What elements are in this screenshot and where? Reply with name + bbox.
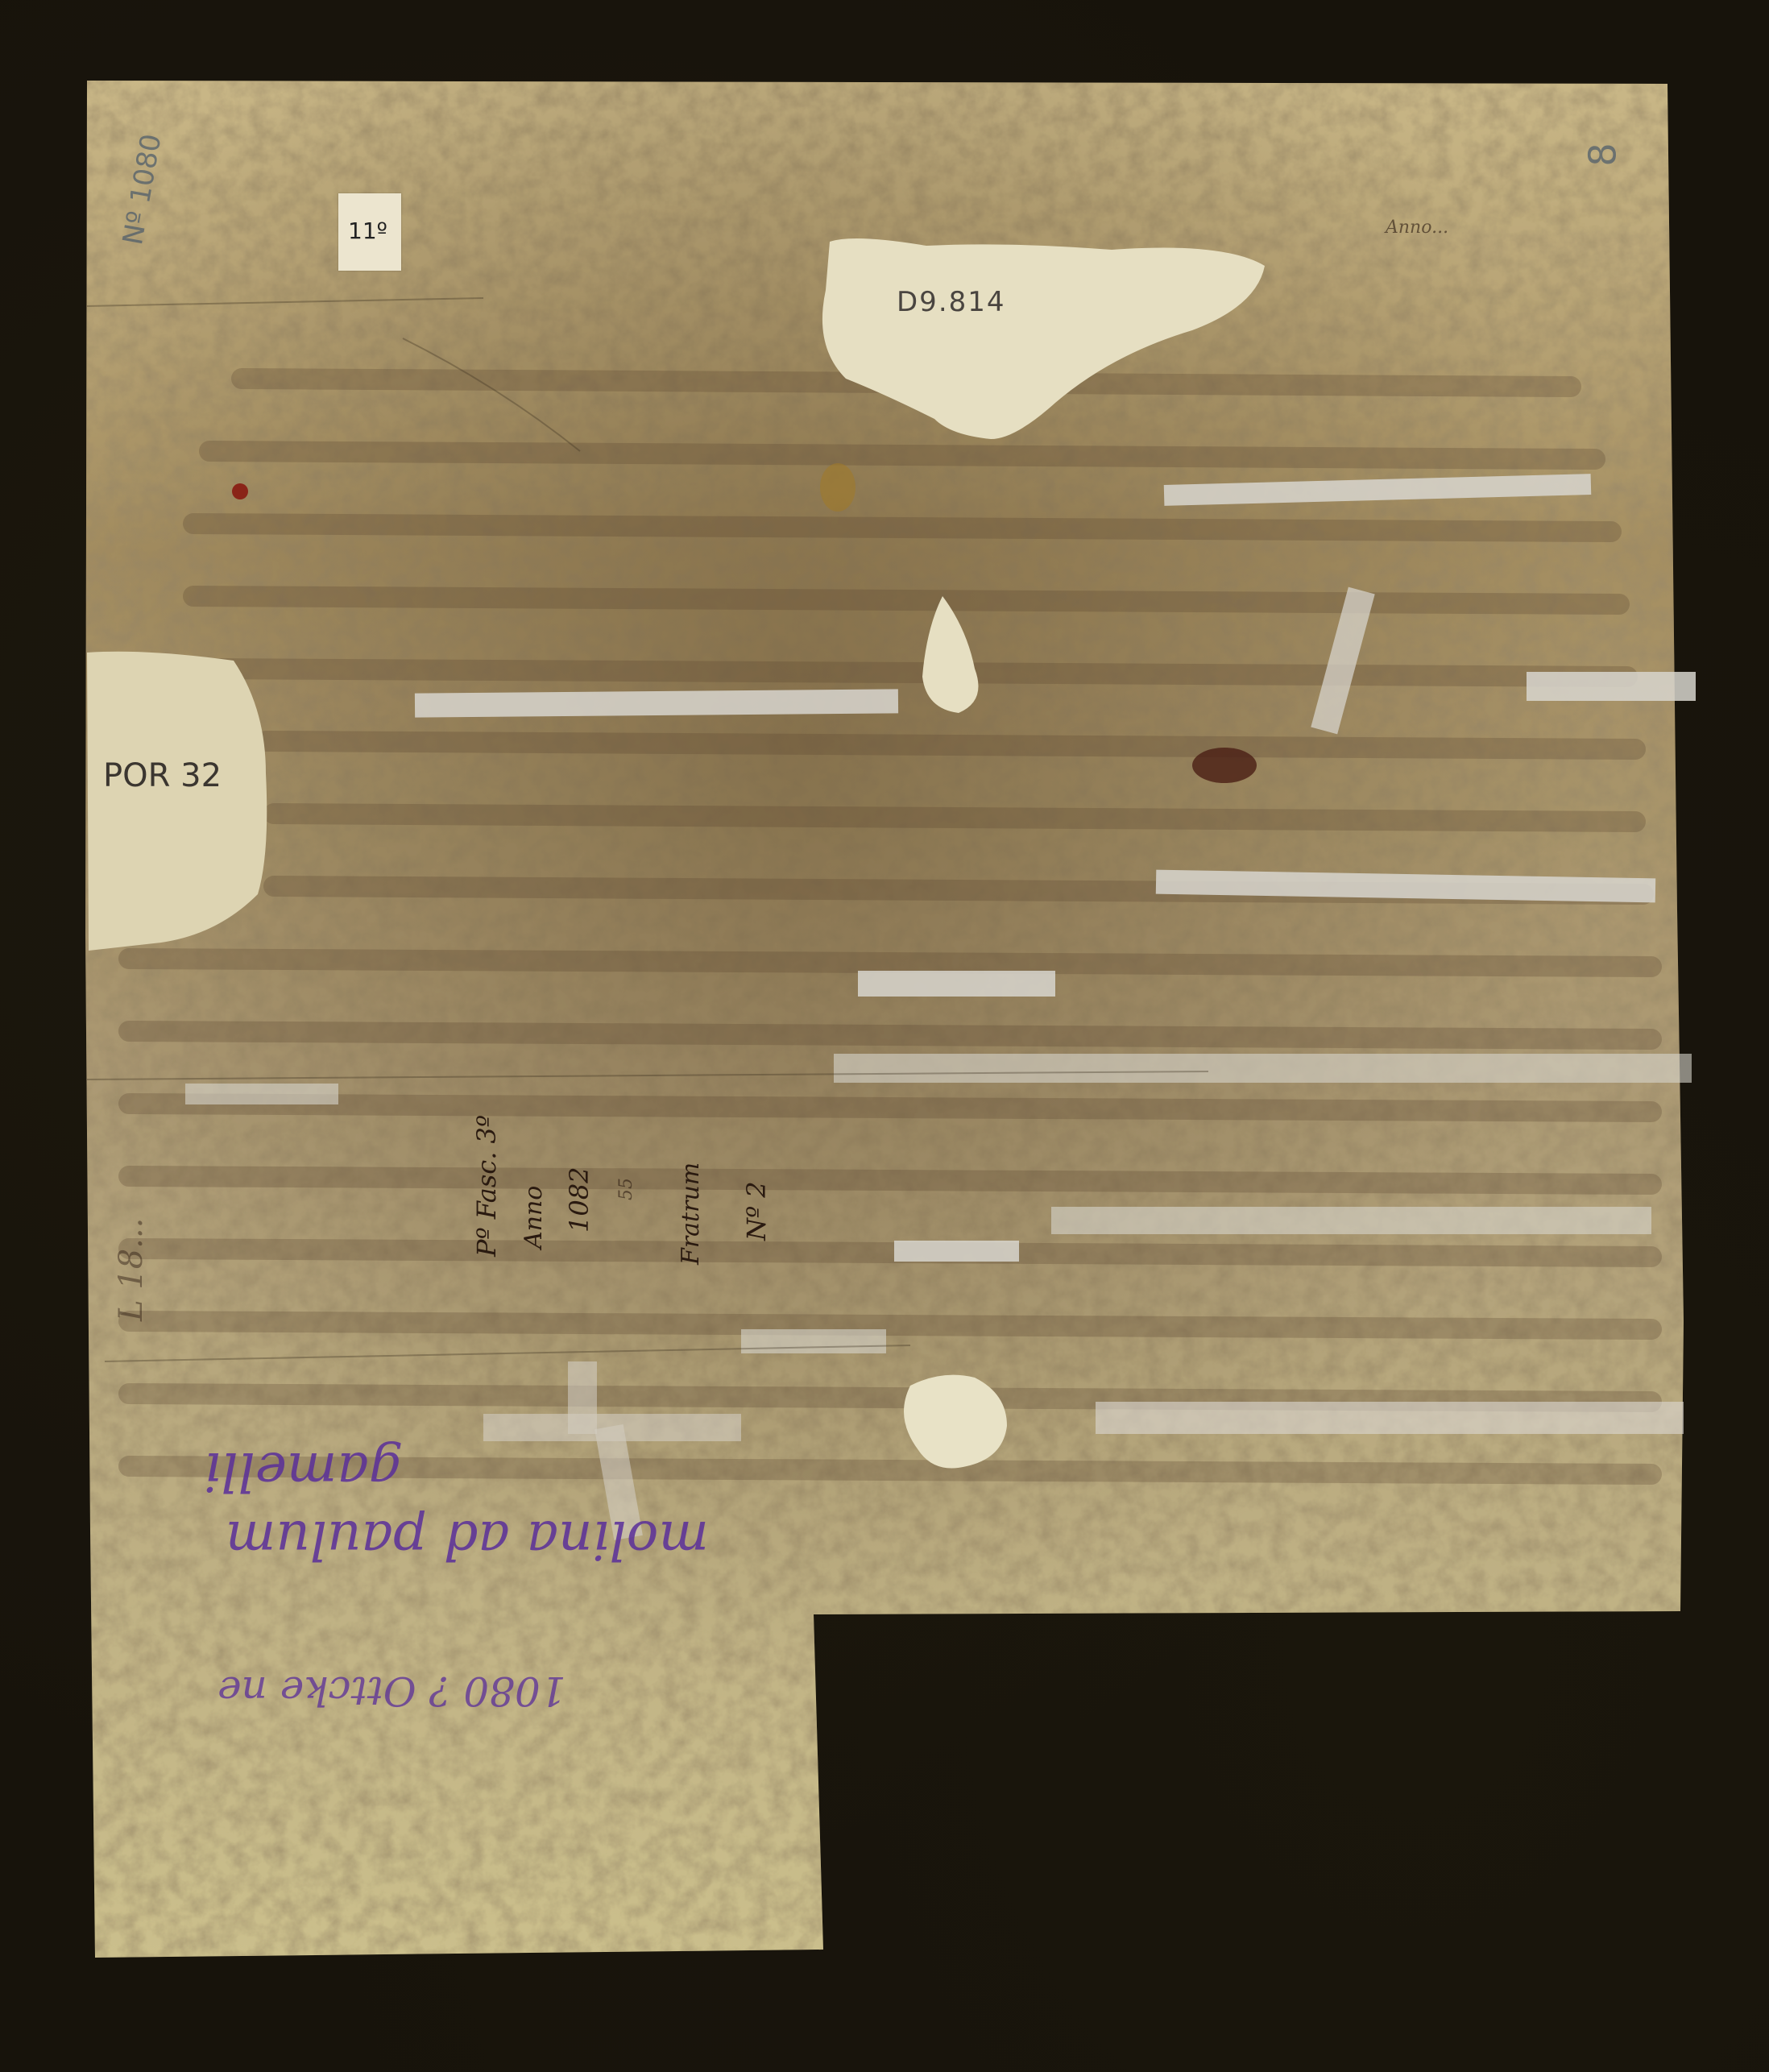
repair-patch-left bbox=[87, 652, 267, 951]
docket-line-6: Nº 2 bbox=[741, 1181, 772, 1241]
tag-number: 11º bbox=[348, 218, 387, 244]
docket-line-2: Anno bbox=[520, 1186, 548, 1249]
purple-note-line-1: molina ad paulum bbox=[226, 1509, 709, 1571]
archive-number-tag: 11º bbox=[338, 193, 401, 271]
ink-docket-center: Pº Fasc. 3º Anno 1082 55 Fratrum Nº 2 bbox=[463, 1071, 802, 1313]
purple-note-block: molina ad paulum gamelli bbox=[185, 1426, 741, 1587]
docket-line-4: 55 bbox=[616, 1178, 636, 1200]
purple-note-bottom: 1080 ? Ottcke ne bbox=[217, 1668, 566, 1714]
parchment-sheet bbox=[0, 0, 1769, 2072]
docket-line-5: Fratrum bbox=[677, 1162, 705, 1265]
docket-line-1: Pº Fasc. 3º bbox=[471, 1115, 502, 1257]
purple-note-line-2: gamelli bbox=[204, 1440, 403, 1502]
ink-note-left-margin: L 18... bbox=[113, 1218, 150, 1321]
pencil-number-topright: 8 bbox=[1581, 143, 1625, 166]
side-patch-label: POR 32 bbox=[103, 757, 222, 794]
ink-note-topright: Anno... bbox=[1386, 218, 1448, 238]
patch-signature: D9.814 bbox=[897, 286, 1006, 318]
docket-line-3: 1082 bbox=[564, 1167, 594, 1233]
